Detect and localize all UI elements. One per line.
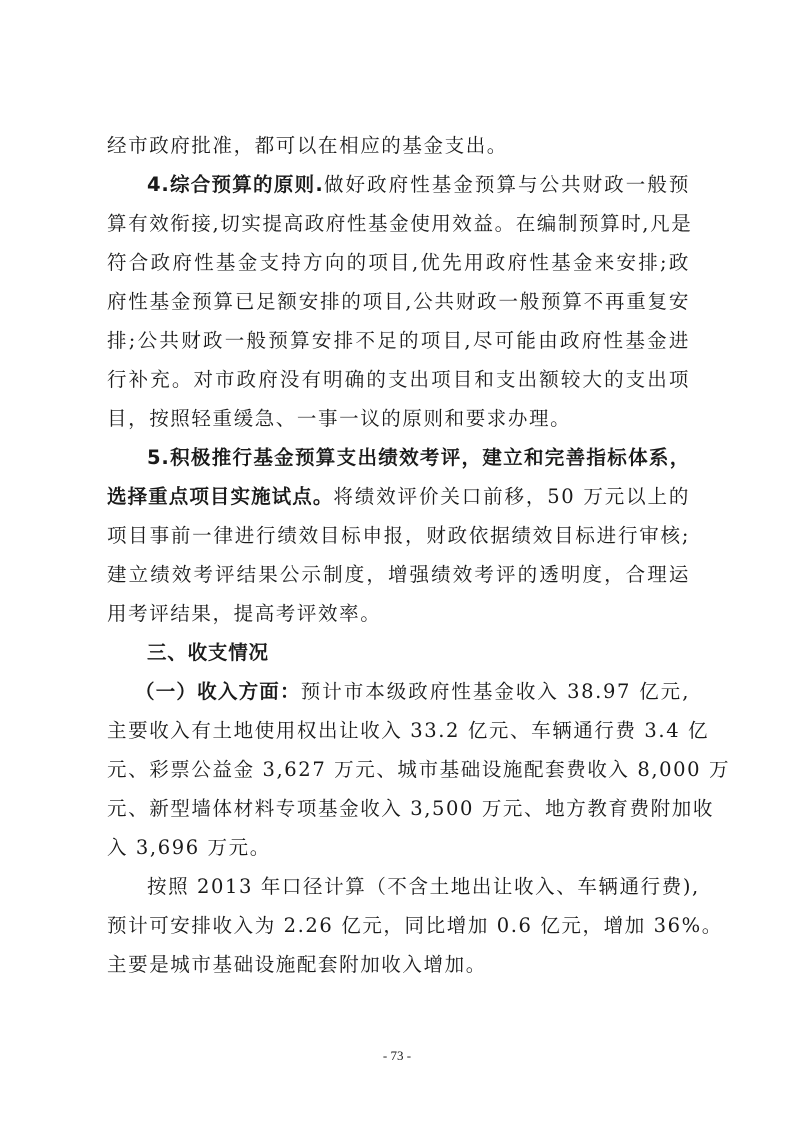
paragraph-line: 用考评结果，提高考评效率。 — [107, 594, 690, 633]
paragraph-line: 选择重点项目实施试点。将绩效评价关口前移，50 万元以上的 — [107, 477, 690, 516]
paragraph-line: 按照 2013 年口径计算（不含土地出让收入、车辆通行费), — [107, 867, 690, 906]
paragraph-line: （一）收入方面：预计市本级政府性基金收入 38.97 亿元, — [107, 672, 690, 711]
paragraph-line: 府性基金预算已足额安排的项目,公共财政一般预算不再重复安 — [107, 282, 690, 321]
paragraph-line: 元、新型墙体材料专项基金收入 3,500 万元、地方教育费附加收 — [107, 789, 690, 828]
paragraph-line: 主要是城市基础设施配套附加收入增加。 — [107, 945, 690, 984]
paragraph-line: 行补充。对市政府没有明确的支出项目和支出额较大的支出项 — [107, 360, 690, 399]
paragraph-line: 排;公共财政一般预算安排不足的项目,尽可能由政府性基金进 — [107, 321, 690, 360]
paragraph-line: 经市政府批准，都可以在相应的基金支出。 — [107, 126, 690, 165]
paragraph-line: 5.积极推行基金预算支出绩效考评，建立和完善指标体系， — [107, 438, 690, 477]
section-heading-3: 三、收支情况 — [107, 633, 690, 672]
paragraph-line: 入 3,696 万元。 — [107, 828, 690, 867]
paragraph-line: 主要收入有土地使用权出让收入 33.2 亿元、车辆通行费 3.4 亿 — [107, 711, 690, 750]
paragraph-line: 预计可安排收入为 2.26 亿元，同比增加 0.6 亿元，增加 36%。 — [107, 906, 690, 945]
section-heading-4: 4.综合预算的原则. — [147, 173, 324, 196]
paragraph-line: 算有效衔接,切实提高政府性基金使用效益。在编制预算时,凡是 — [107, 204, 690, 243]
page-number: - 73 - — [0, 1048, 794, 1064]
paragraph-line: 项目事前一律进行绩效目标申报，财政依据绩效目标进行审核; — [107, 516, 690, 555]
document-body: 经市政府批准，都可以在相应的基金支出。 4.综合预算的原则.做好政府性基金预算与… — [107, 126, 690, 984]
paragraph-line: 符合政府性基金支持方向的项目,优先用政府性基金来安排;政 — [107, 243, 690, 282]
paragraph-line: 目，按照轻重缓急、一事一议的原则和要求办理。 — [107, 399, 690, 438]
paragraph-line: 4.综合预算的原则.做好政府性基金预算与公共财政一般预 — [107, 165, 690, 204]
paragraph-line: 元、彩票公益金 3,627 万元、城市基础设施配套费收入 8,000 万 — [107, 750, 690, 789]
subsection-heading-income: （一）收入方面： — [135, 680, 301, 703]
paragraph-line: 建立绩效考评结果公示制度，增强绩效考评的透明度，合理运 — [107, 555, 690, 594]
section-heading-5: 5.积极推行基金预算支出绩效考评，建立和完善指标体系， — [147, 446, 690, 469]
